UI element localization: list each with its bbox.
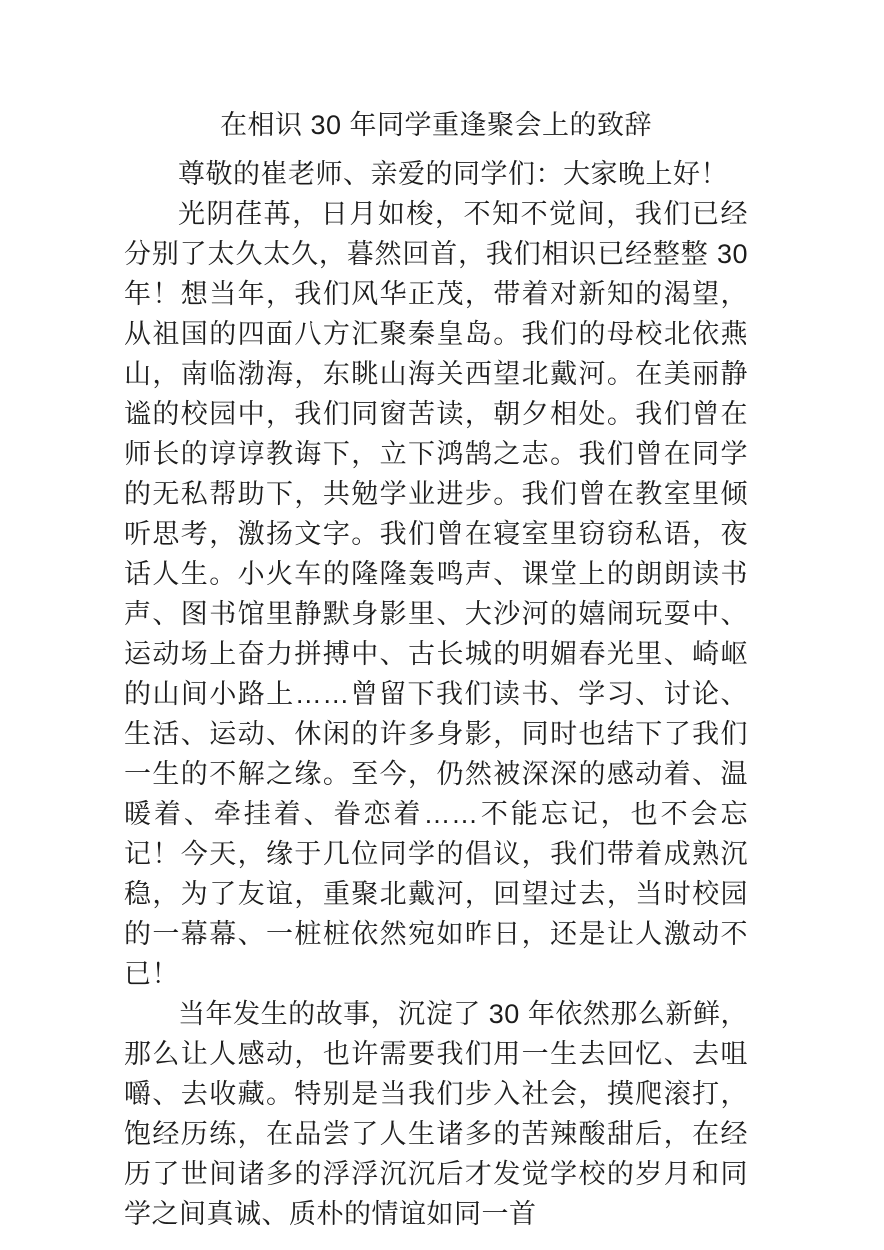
document-body: 在相识 30 年同学重逢聚会上的致辞 尊敬的崔老师、亲爱的同学们：大家晚上好！ …	[124, 102, 748, 1234]
document-page: 在相识 30 年同学重逢聚会上的致辞 尊敬的崔老师、亲爱的同学们：大家晚上好！ …	[0, 0, 884, 1250]
paragraph-2: 当年发生的故事，沉淀了 30 年依然那么新鲜，那么让人感动，也许需要我们用一生去…	[124, 994, 748, 1234]
paragraph-1: 光阴荏苒，日月如梭，不知不觉间，我们已经分别了太久太久，暮然回首，我们相识已经整…	[124, 194, 748, 994]
greeting-line: 尊敬的崔老师、亲爱的同学们：大家晚上好！	[124, 154, 748, 194]
document-title: 在相识 30 年同学重逢聚会上的致辞	[124, 102, 748, 148]
